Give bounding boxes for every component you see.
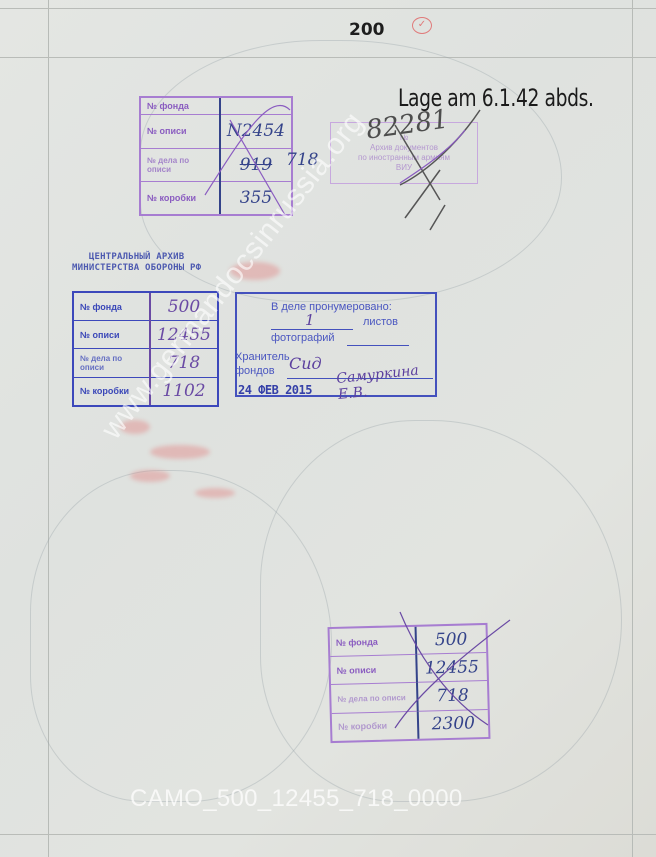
file-name-label: CAMO_500_12455_718_0000 bbox=[130, 785, 463, 813]
archive-document-page: 200 ✓ Lage am 6.1.42 abds. № фонда № опи… bbox=[0, 0, 656, 857]
